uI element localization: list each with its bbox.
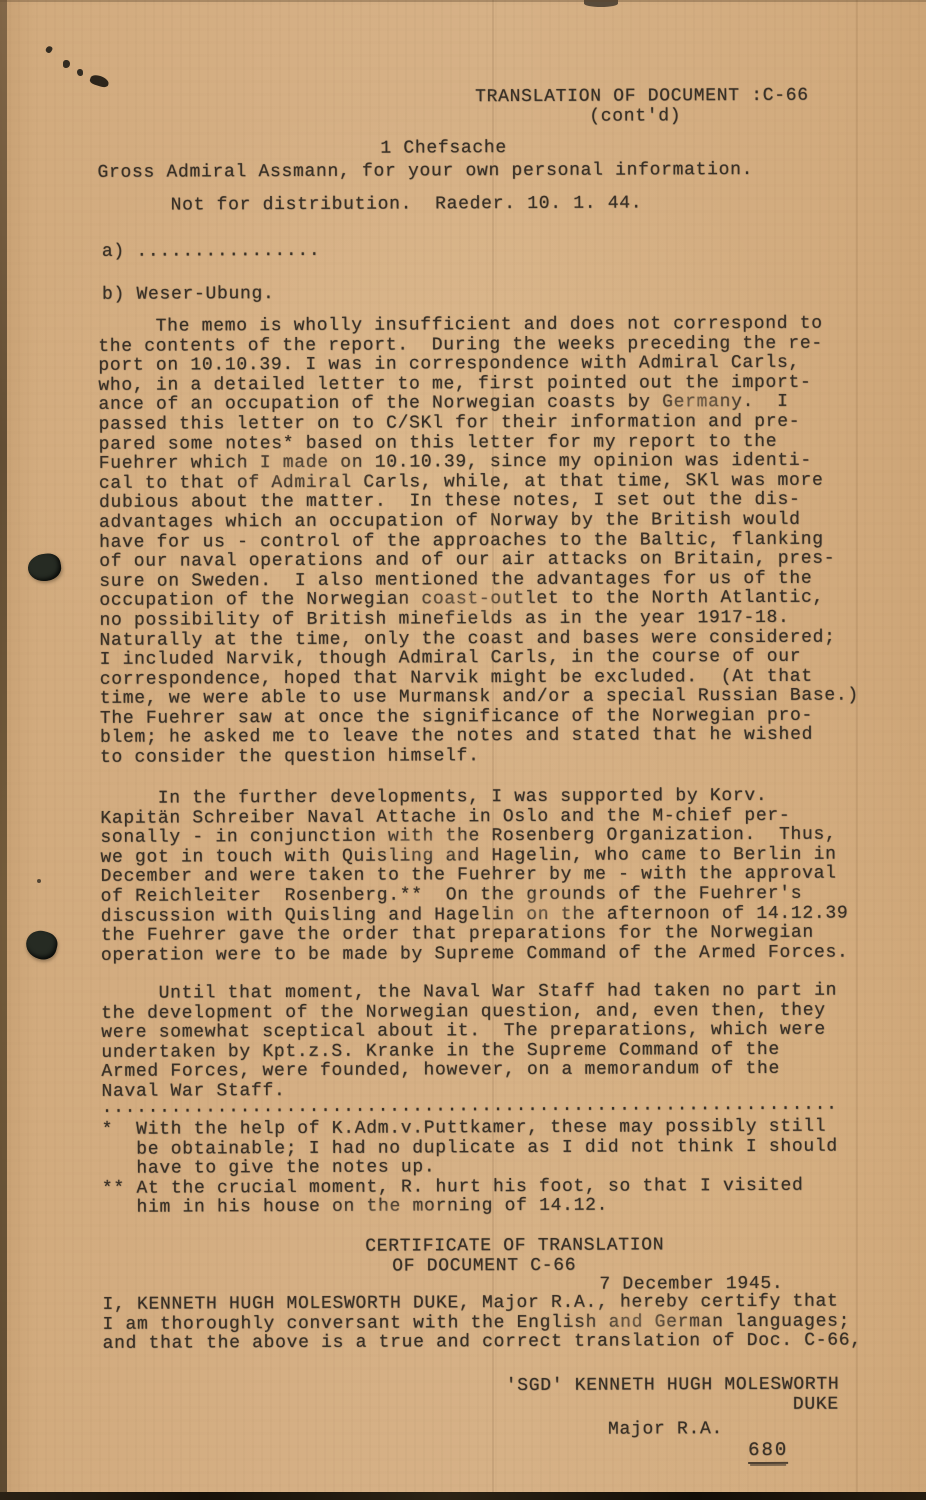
signature-name-2: DUKE [793, 1396, 839, 1416]
certificate-title: CERTIFICATE OF TRANSLATION [365, 1236, 664, 1257]
document-title: TRANSLATION OF DOCUMENT :C-66 [475, 87, 809, 108]
signature-rank: Major R.A. [608, 1420, 723, 1440]
certificate-subtitle: OF DOCUMENT C-66 [392, 1257, 576, 1277]
page-edge-left [0, 0, 7, 1500]
ink-speck [77, 69, 83, 76]
footnote-separator: ........................................… [102, 1096, 838, 1119]
paper-crease-right [856, 0, 858, 1500]
chefsache-line: 1 Chefsache [380, 139, 507, 159]
page-edge-bottom [0, 1492, 926, 1500]
page-edge-top [0, 0, 926, 2]
contd-note: (cont'd) [589, 107, 681, 127]
typewritten-text-layer: TRANSLATION OF DOCUMENT :C-66 (cont'd) 1… [0, 0, 926, 1500]
list-item-b: b) Weser-Ubung. [102, 285, 275, 305]
distribution-line: Not for distribution. Raeder. 10. 1. 44. [171, 194, 643, 216]
paragraph-2: In the further developments, I was suppo… [100, 787, 848, 967]
paper-crease-left [492, 0, 494, 1500]
paragraph-3: Until that moment, the Naval War Staff h… [101, 982, 838, 1103]
ink-speck [37, 879, 41, 883]
list-item-a: a) ................ [102, 242, 321, 263]
page-number: 680 [748, 1441, 788, 1464]
certificate-body: I, KENNETH HUGH MOLESWORTH DUKE, Major R… [102, 1293, 861, 1355]
signature-sgd-line: 'SGD' KENNETH HUGH MOLESWORTH [506, 1376, 840, 1397]
scanned-document-page: TRANSLATION OF DOCUMENT :C-66 (cont'd) 1… [0, 0, 926, 1500]
paragraph-1: The memo is wholly insufficient and does… [98, 315, 859, 769]
footnotes: * With the help of K.Adm.v.Puttkamer, th… [102, 1118, 839, 1219]
addressee-line: Gross Admiral Assmann, for your own pers… [97, 161, 753, 183]
